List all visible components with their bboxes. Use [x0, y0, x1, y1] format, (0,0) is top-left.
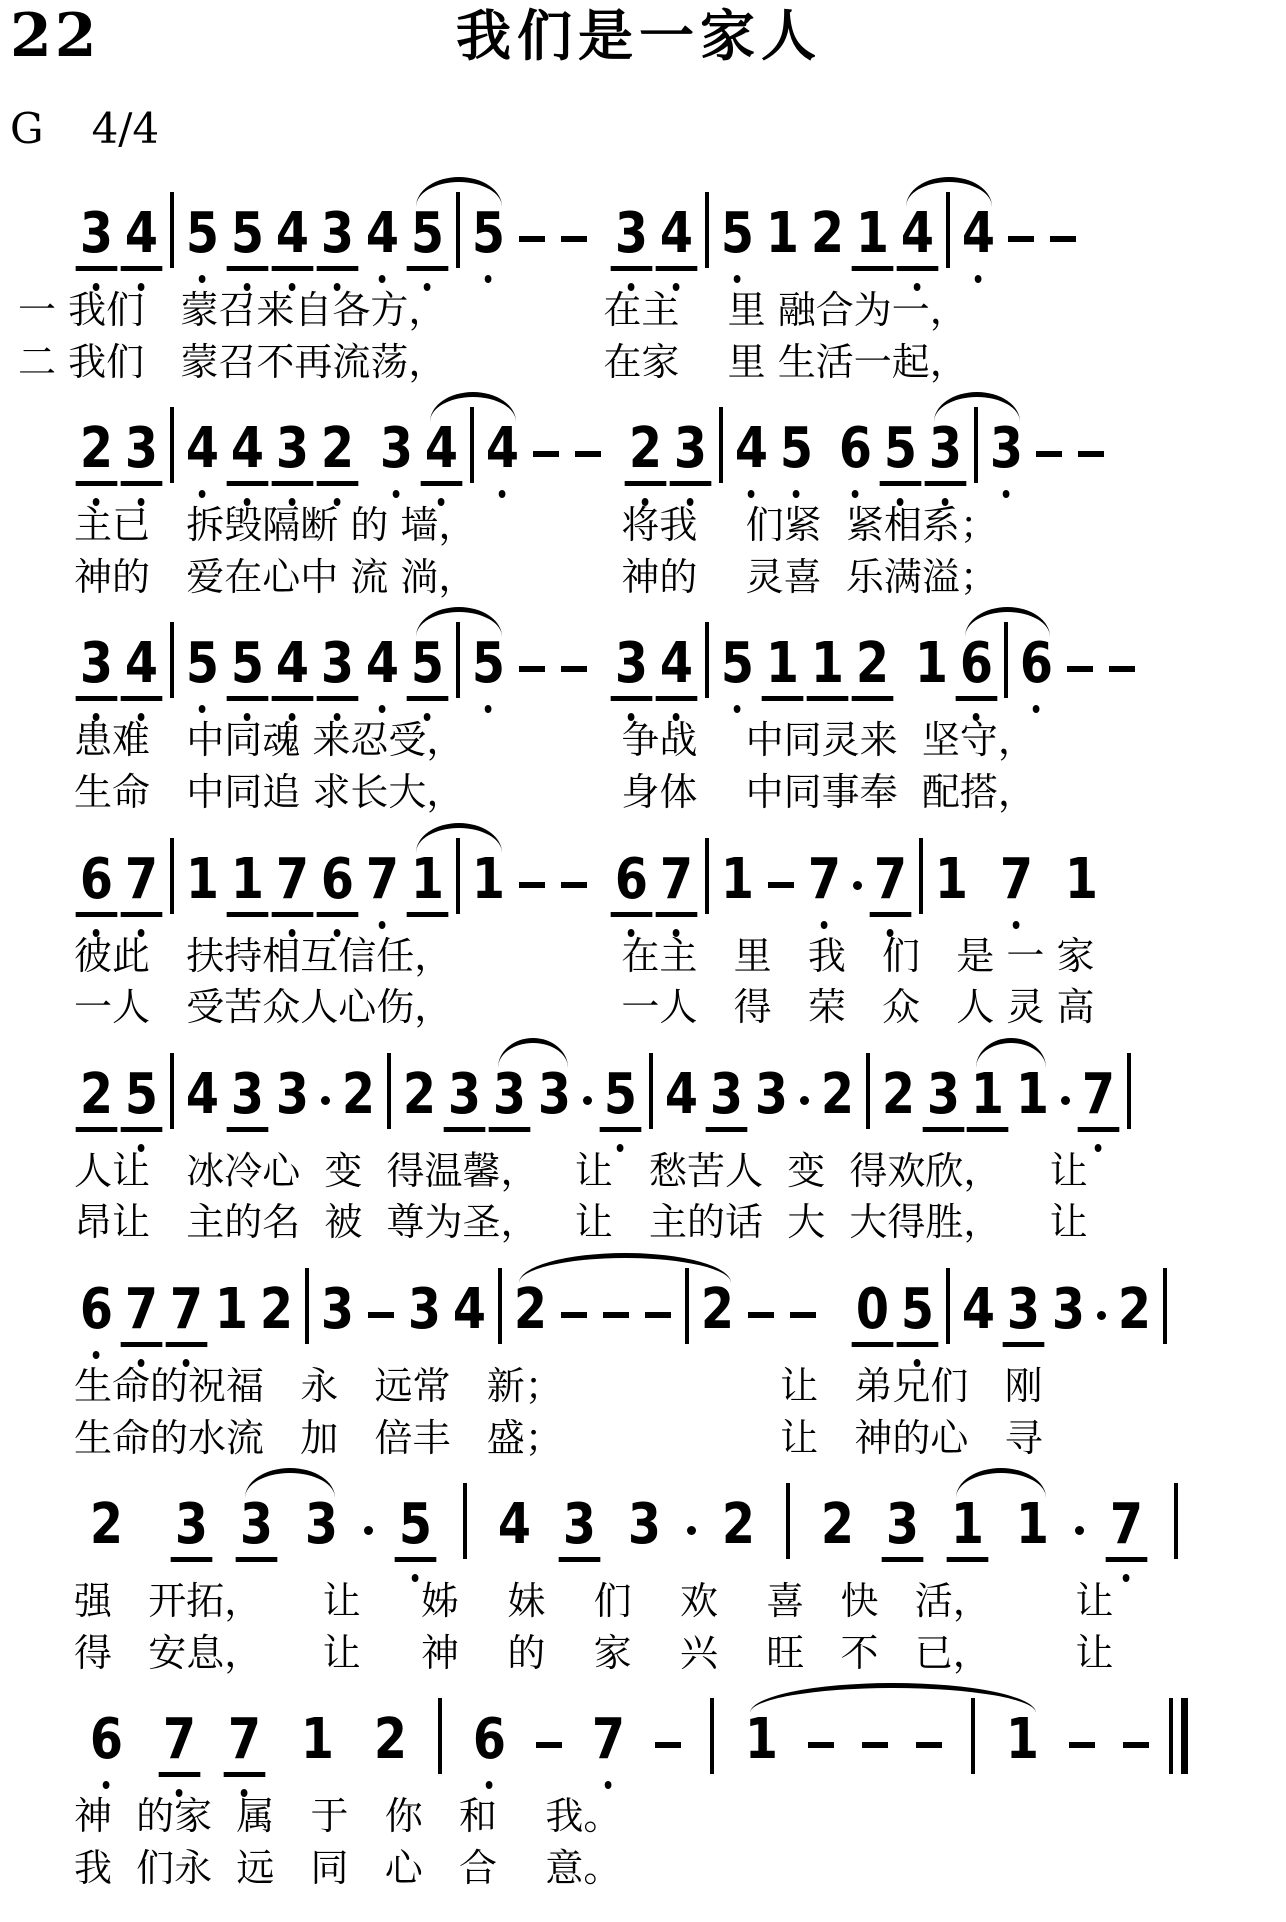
eighth-underline: [227, 266, 269, 271]
note-4: 4: [366, 206, 399, 262]
system: 677126711神 的家 属 于 你 和 我。我 们永 远 同 心 合 意。: [74, 1682, 1268, 1891]
notation-row: 345543455345112166: [74, 606, 1268, 692]
note-2: 2: [342, 1067, 375, 1123]
note-4: 4: [186, 1067, 219, 1123]
note-4: 4: [125, 636, 158, 692]
barline: [705, 192, 709, 268]
augmentation-dot: [687, 1526, 696, 1535]
note-4: 4: [366, 636, 399, 692]
lyrics-line: 人让 冰冷心 变 得温馨， 让 愁苦人 变 得欢欣， 让: [74, 1149, 1268, 1195]
note-1: 1: [1016, 1497, 1049, 1553]
eighth-underline: [869, 912, 911, 917]
note-3: 3: [240, 1497, 273, 1553]
note-5: 5: [186, 636, 219, 692]
eighth-underline: [317, 266, 359, 271]
eighth-underline: [317, 696, 359, 701]
eighth-underline: [946, 1557, 988, 1562]
duration-dash: [916, 1742, 942, 1748]
barline: [463, 1483, 467, 1559]
note-3: 3: [928, 421, 961, 477]
barline: [438, 1698, 442, 1774]
augmentation-dot: [321, 1096, 330, 1105]
eighth-underline: [924, 481, 966, 486]
duration-dash: [561, 882, 587, 888]
augmentation-dot: [800, 1096, 809, 1105]
note-4: 4: [735, 421, 768, 477]
tie-arc: [965, 607, 1050, 637]
note-7: 7: [276, 852, 309, 908]
system: 345543455345112166患难 中同魂 来忍受， 争战 中同灵来 坚守…: [74, 606, 1268, 815]
system: 23443234423456533主已 拆毁隔断 的 墙， 将我 们紧 紧相系；…: [74, 391, 1268, 600]
note-4: 4: [665, 1067, 698, 1123]
barline: [710, 1698, 714, 1774]
low-octave-dot: [605, 1781, 612, 1789]
note-5: 5: [721, 206, 754, 262]
eighth-underline: [655, 696, 697, 701]
low-octave-dot: [393, 490, 400, 498]
system: 25433223335433223117人让 冰冷心 变 得温馨， 让 愁苦人 …: [74, 1037, 1268, 1246]
eighth-underline: [272, 696, 314, 701]
note-4: 4: [186, 421, 219, 477]
note-3: 3: [493, 1067, 526, 1123]
duration-dash: [790, 1312, 816, 1318]
eighth-underline: [955, 696, 997, 701]
note-7: 7: [808, 852, 841, 908]
eighth-underline: [610, 266, 652, 271]
barline-thick: [1181, 1698, 1188, 1774]
note-5: 5: [231, 206, 264, 262]
eighth-underline: [1002, 1342, 1044, 1347]
augmentation-dot: [1097, 1311, 1106, 1320]
note-4: 4: [900, 206, 933, 262]
tie-arc: [416, 177, 502, 207]
duration-dash: [519, 666, 545, 672]
low-octave-dot: [748, 490, 755, 498]
barline: [919, 838, 923, 914]
barline: [1163, 1268, 1167, 1344]
lyrics-line: 主已 拆毁隔断 的 墙， 将我 们紧 紧相系；: [74, 503, 1268, 549]
eighth-underline: [705, 1127, 747, 1132]
duration-dash: [655, 1742, 681, 1748]
eighth-underline: [76, 912, 118, 917]
note-2: 2: [722, 1497, 755, 1553]
note-3: 3: [380, 421, 413, 477]
duration-dash: [1036, 451, 1062, 457]
lyrics-line: 生命的祝福 永 远常 新； 让 弟兄们 刚: [74, 1364, 1268, 1410]
eighth-underline: [227, 696, 269, 701]
lyrics-line: 一 我们 蒙召来自各方， 在主 里 融合为一，: [18, 288, 1268, 334]
low-octave-dot: [793, 490, 800, 498]
duration-dash: [533, 451, 559, 457]
barline: [305, 1268, 309, 1344]
note-7: 7: [228, 1712, 261, 1768]
duration-dash: [575, 451, 601, 457]
notation-row: 23335433223117: [74, 1467, 1268, 1553]
barline: [498, 1268, 502, 1344]
duration-dash: [1067, 666, 1093, 672]
eighth-underline: [896, 266, 938, 271]
low-octave-dot: [975, 275, 982, 283]
note-3: 3: [1051, 1282, 1084, 1338]
eighth-underline: [317, 912, 359, 917]
note-5: 5: [411, 206, 444, 262]
low-octave-dot: [887, 929, 894, 937]
eighth-underline: [236, 1557, 278, 1562]
note-5: 5: [780, 421, 813, 477]
time-signature: 4/4: [92, 104, 160, 153]
low-octave-dot: [897, 498, 904, 506]
notation-row: 34554345534512144: [74, 176, 1268, 262]
lyrics-line: 得 安息， 让 神 的 家 兴 旺 不 已， 让: [74, 1631, 1268, 1677]
eighth-underline: [406, 696, 448, 701]
eighth-underline: [599, 1127, 641, 1132]
eighth-underline: [655, 912, 697, 917]
note-1: 1: [766, 636, 799, 692]
eighth-underline: [881, 1557, 923, 1562]
note-7: 7: [660, 852, 693, 908]
barline-thin: [1169, 1698, 1173, 1774]
note-2: 2: [820, 1067, 853, 1123]
lyrics-line: 生命 中同追 求长大， 身体 中同事奉 配搭，: [74, 770, 1268, 816]
note-5: 5: [186, 206, 219, 262]
system: 6771233422054332生命的祝福 永 远常 新； 让 弟兄们 刚生命的…: [74, 1252, 1268, 1461]
sheet-page: 22 我们是一家人 G4/4 34554345534512144一 我们 蒙召来…: [0, 0, 1286, 1892]
note-7: 7: [1082, 1067, 1115, 1123]
augmentation-dot: [1075, 1526, 1084, 1535]
low-octave-dot: [379, 275, 386, 283]
notation-row: 23443234423456533: [74, 391, 1268, 477]
tie-arc: [498, 1038, 568, 1068]
note-2: 2: [811, 206, 844, 262]
barline: [170, 1053, 174, 1129]
eighth-underline: [121, 1127, 163, 1132]
tie-arc: [956, 1468, 1046, 1498]
note-3: 3: [125, 421, 158, 477]
note-1: 1: [914, 636, 947, 692]
note-4: 4: [453, 1282, 486, 1338]
note-1: 1: [745, 1712, 778, 1768]
note-1: 1: [1006, 1712, 1039, 1768]
note-7: 7: [125, 852, 158, 908]
note-3: 3: [276, 421, 309, 477]
eighth-underline: [806, 696, 848, 701]
note-3: 3: [989, 421, 1022, 477]
note-5: 5: [411, 636, 444, 692]
lyrics-line: 昂让 主的名 被 尊为圣， 让 主的话 大 大得胜， 让: [74, 1200, 1268, 1246]
final-barline: [1169, 1698, 1188, 1774]
note-3: 3: [80, 206, 113, 262]
barline: [170, 622, 174, 698]
note-1: 1: [721, 852, 754, 908]
low-octave-dot: [914, 1359, 921, 1367]
note-2: 2: [321, 421, 354, 477]
note-6: 6: [80, 1282, 113, 1338]
note-3: 3: [538, 1067, 571, 1123]
note-3: 3: [926, 1067, 959, 1123]
note-6: 6: [80, 852, 113, 908]
low-octave-dot: [485, 705, 492, 713]
low-octave-dot: [821, 921, 828, 929]
barline: [786, 1483, 790, 1559]
barline: [866, 1053, 870, 1129]
note-3: 3: [321, 206, 354, 262]
note-7: 7: [170, 1282, 203, 1338]
note-3: 3: [321, 636, 354, 692]
tie-arc: [906, 177, 992, 207]
duration-dash: [645, 1312, 671, 1318]
note-4: 4: [962, 1282, 995, 1338]
note-6: 6: [839, 421, 872, 477]
barline: [387, 1053, 391, 1129]
note-1: 1: [186, 852, 219, 908]
note-4: 4: [498, 1497, 531, 1553]
low-octave-dot: [734, 705, 741, 713]
low-octave-dot: [734, 275, 741, 283]
note-1: 1: [811, 636, 844, 692]
note-5: 5: [231, 636, 264, 692]
eighth-underline: [76, 481, 118, 486]
duration-dash: [748, 1312, 774, 1318]
note-3: 3: [448, 1067, 481, 1123]
lyrics-line: 生命的水流 加 倍丰 盛； 让 神的心 寻: [74, 1416, 1268, 1462]
eighth-underline: [121, 1342, 163, 1347]
note-3: 3: [321, 1282, 354, 1338]
note-3: 3: [886, 1497, 919, 1553]
note-4: 4: [276, 206, 309, 262]
lyrics-line: 神的 爱在心中 流 淌， 神的 灵喜 乐满溢；: [74, 555, 1268, 601]
eighth-underline: [851, 696, 893, 701]
low-octave-dot: [1013, 921, 1020, 929]
note-2: 2: [90, 1497, 123, 1553]
duration-dash: [1069, 1742, 1095, 1748]
eighth-underline: [851, 1342, 893, 1347]
song-number: 22: [10, 6, 100, 66]
note-7: 7: [163, 1712, 196, 1768]
note-7: 7: [366, 852, 399, 908]
duration-dash: [1123, 1742, 1149, 1748]
note-3: 3: [710, 1067, 743, 1123]
note-1: 1: [766, 206, 799, 262]
eighth-underline: [166, 1342, 208, 1347]
low-octave-dot: [103, 1781, 110, 1789]
notation-row: 25433223335433223117: [74, 1037, 1268, 1123]
note-2: 2: [403, 1067, 436, 1123]
tie-arc: [934, 392, 1020, 422]
barline: [649, 1053, 653, 1129]
note-1: 1: [934, 852, 967, 908]
eighth-underline: [272, 912, 314, 917]
song-title: 我们是一家人: [10, 6, 1268, 67]
eighth-underline: [224, 1772, 266, 1777]
barline: [1174, 1483, 1178, 1559]
note-2: 2: [374, 1712, 407, 1768]
header: 22 我们是一家人: [10, 6, 1268, 94]
eighth-underline: [76, 266, 118, 271]
eighth-underline: [76, 696, 118, 701]
note-2: 2: [260, 1282, 293, 1338]
eighth-underline: [121, 266, 163, 271]
eighth-underline: [121, 696, 163, 701]
low-octave-dot: [852, 490, 859, 498]
note-3: 3: [305, 1497, 338, 1553]
note-4: 4: [486, 421, 519, 477]
barline: [170, 838, 174, 914]
duration-dash: [519, 236, 545, 242]
note-1: 1: [411, 852, 444, 908]
system: 23335433223117强 开拓， 让 姊 妹 们 欢 喜 快 活， 让得 …: [74, 1467, 1268, 1676]
low-octave-dot: [486, 1781, 493, 1789]
augmentation-dot: [364, 1526, 373, 1535]
duration-dash: [862, 1742, 888, 1748]
note-3: 3: [408, 1282, 441, 1338]
eighth-underline: [879, 481, 921, 486]
eighth-underline: [406, 912, 448, 917]
lyrics-line: 彼此 扶持相互信任， 在主 里 我 们 是 一 家: [74, 934, 1268, 980]
note-3: 3: [615, 636, 648, 692]
note-5: 5: [721, 636, 754, 692]
note-6: 6: [1020, 636, 1053, 692]
note-6: 6: [615, 852, 648, 908]
eighth-underline: [121, 912, 163, 917]
key-time-signature: G4/4: [10, 108, 1268, 150]
note-3: 3: [674, 421, 707, 477]
eighth-underline: [443, 1127, 485, 1132]
barline: [170, 407, 174, 483]
notation-row: 677126711: [74, 1682, 1268, 1768]
note-2: 2: [514, 1282, 547, 1338]
note-1: 1: [1016, 1067, 1049, 1123]
note-2: 2: [1117, 1282, 1150, 1338]
duration-dash: [808, 1742, 834, 1748]
duration-dash: [1050, 236, 1076, 242]
note-5: 5: [472, 206, 505, 262]
note-1: 1: [855, 206, 888, 262]
eighth-underline: [159, 1772, 201, 1777]
note-4: 4: [231, 421, 264, 477]
augmentation-dot: [1061, 1096, 1070, 1105]
lyrics-line: 强 开拓， 让 姊 妹 们 欢 喜 快 活， 让: [74, 1579, 1268, 1625]
duration-dash: [1078, 451, 1104, 457]
note-4: 4: [660, 636, 693, 692]
lyrics-line: 二 我们 蒙召不再流荡， 在家 里 生活一起，: [18, 340, 1268, 386]
note-5: 5: [883, 421, 916, 477]
low-octave-dot: [499, 490, 506, 498]
note-2: 2: [855, 636, 888, 692]
note-1: 1: [215, 1282, 248, 1338]
note-1: 1: [231, 852, 264, 908]
low-octave-dot: [1034, 705, 1041, 713]
eighth-underline: [227, 912, 269, 917]
lyrics-line: 一人 受苦众人心伤， 一人 得 荣 众 人 灵 高: [74, 985, 1268, 1031]
duration-dash: [1109, 666, 1135, 672]
eighth-underline: [558, 1557, 600, 1562]
note-5: 5: [901, 1282, 934, 1338]
eighth-underline: [420, 481, 462, 486]
eighth-underline: [967, 1127, 1009, 1132]
eighth-underline: [896, 1342, 938, 1347]
low-octave-dot: [93, 1351, 100, 1359]
system: 67117671167177171彼此 扶持相互信任， 在主 里 我 们 是 一…: [74, 822, 1268, 1031]
duration-dash: [536, 1742, 562, 1748]
eighth-underline: [272, 266, 314, 271]
low-octave-dot: [379, 705, 386, 713]
eighth-underline: [406, 266, 448, 271]
note-5: 5: [472, 636, 505, 692]
note-0: 0: [856, 1282, 889, 1338]
duration-dash: [603, 1312, 629, 1318]
low-octave-dot: [379, 921, 386, 929]
barline: [719, 407, 723, 483]
augmentation-dot: [583, 1096, 592, 1105]
note-1: 1: [1064, 852, 1097, 908]
lyrics-line: 我 们永 远 同 心 合 意。: [74, 1846, 1268, 1892]
eighth-underline: [121, 481, 163, 486]
tie-arc: [245, 1468, 335, 1498]
tie-arc: [430, 392, 516, 422]
note-3: 3: [755, 1067, 788, 1123]
duration-dash: [1008, 236, 1034, 242]
tie-arc: [976, 1038, 1046, 1068]
eighth-underline: [317, 481, 359, 486]
eighth-underline: [610, 696, 652, 701]
low-octave-dot: [1003, 490, 1010, 498]
note-5: 5: [125, 1067, 158, 1123]
eighth-underline: [669, 481, 711, 486]
notation-row: 6771233422054332: [74, 1252, 1268, 1338]
low-octave-dot: [199, 275, 206, 283]
note-1: 1: [971, 1067, 1004, 1123]
eighth-underline: [610, 912, 652, 917]
low-octave-dot: [942, 498, 949, 506]
system: 34554345534512144一 我们 蒙召来自各方， 在主 里 融合为一，…: [74, 176, 1268, 385]
note-2: 2: [821, 1497, 854, 1553]
note-7: 7: [1110, 1497, 1143, 1553]
duration-dash: [561, 236, 587, 242]
notation-row: 67117671167177171: [74, 822, 1268, 908]
note-1: 1: [951, 1497, 984, 1553]
lyrics-line: 患难 中同魂 来忍受， 争战 中同灵来 坚守，: [74, 718, 1268, 764]
note-2: 2: [629, 421, 662, 477]
eighth-underline: [227, 481, 269, 486]
note-3: 3: [231, 1067, 264, 1123]
note-6: 6: [321, 852, 354, 908]
note-3: 3: [628, 1497, 661, 1553]
barline: [705, 622, 709, 698]
duration-dash: [768, 882, 794, 888]
note-4: 4: [125, 206, 158, 262]
duration-dash: [519, 882, 545, 888]
barline: [1127, 1053, 1131, 1129]
note-2: 2: [80, 1067, 113, 1123]
eighth-underline: [171, 1557, 213, 1562]
note-7: 7: [999, 852, 1032, 908]
eighth-underline: [922, 1127, 964, 1132]
low-octave-dot: [1123, 1574, 1130, 1582]
note-3: 3: [563, 1497, 596, 1553]
note-3: 3: [80, 636, 113, 692]
eighth-underline: [272, 481, 314, 486]
note-7: 7: [592, 1712, 625, 1768]
tie-arc: [519, 1253, 731, 1283]
eighth-underline: [488, 1127, 530, 1132]
eighth-underline: [624, 481, 666, 486]
barline: [705, 838, 709, 914]
note-5: 5: [399, 1497, 432, 1553]
low-octave-dot: [199, 490, 206, 498]
note-5: 5: [604, 1067, 637, 1123]
note-4: 4: [425, 421, 458, 477]
eighth-underline: [1078, 1127, 1120, 1132]
